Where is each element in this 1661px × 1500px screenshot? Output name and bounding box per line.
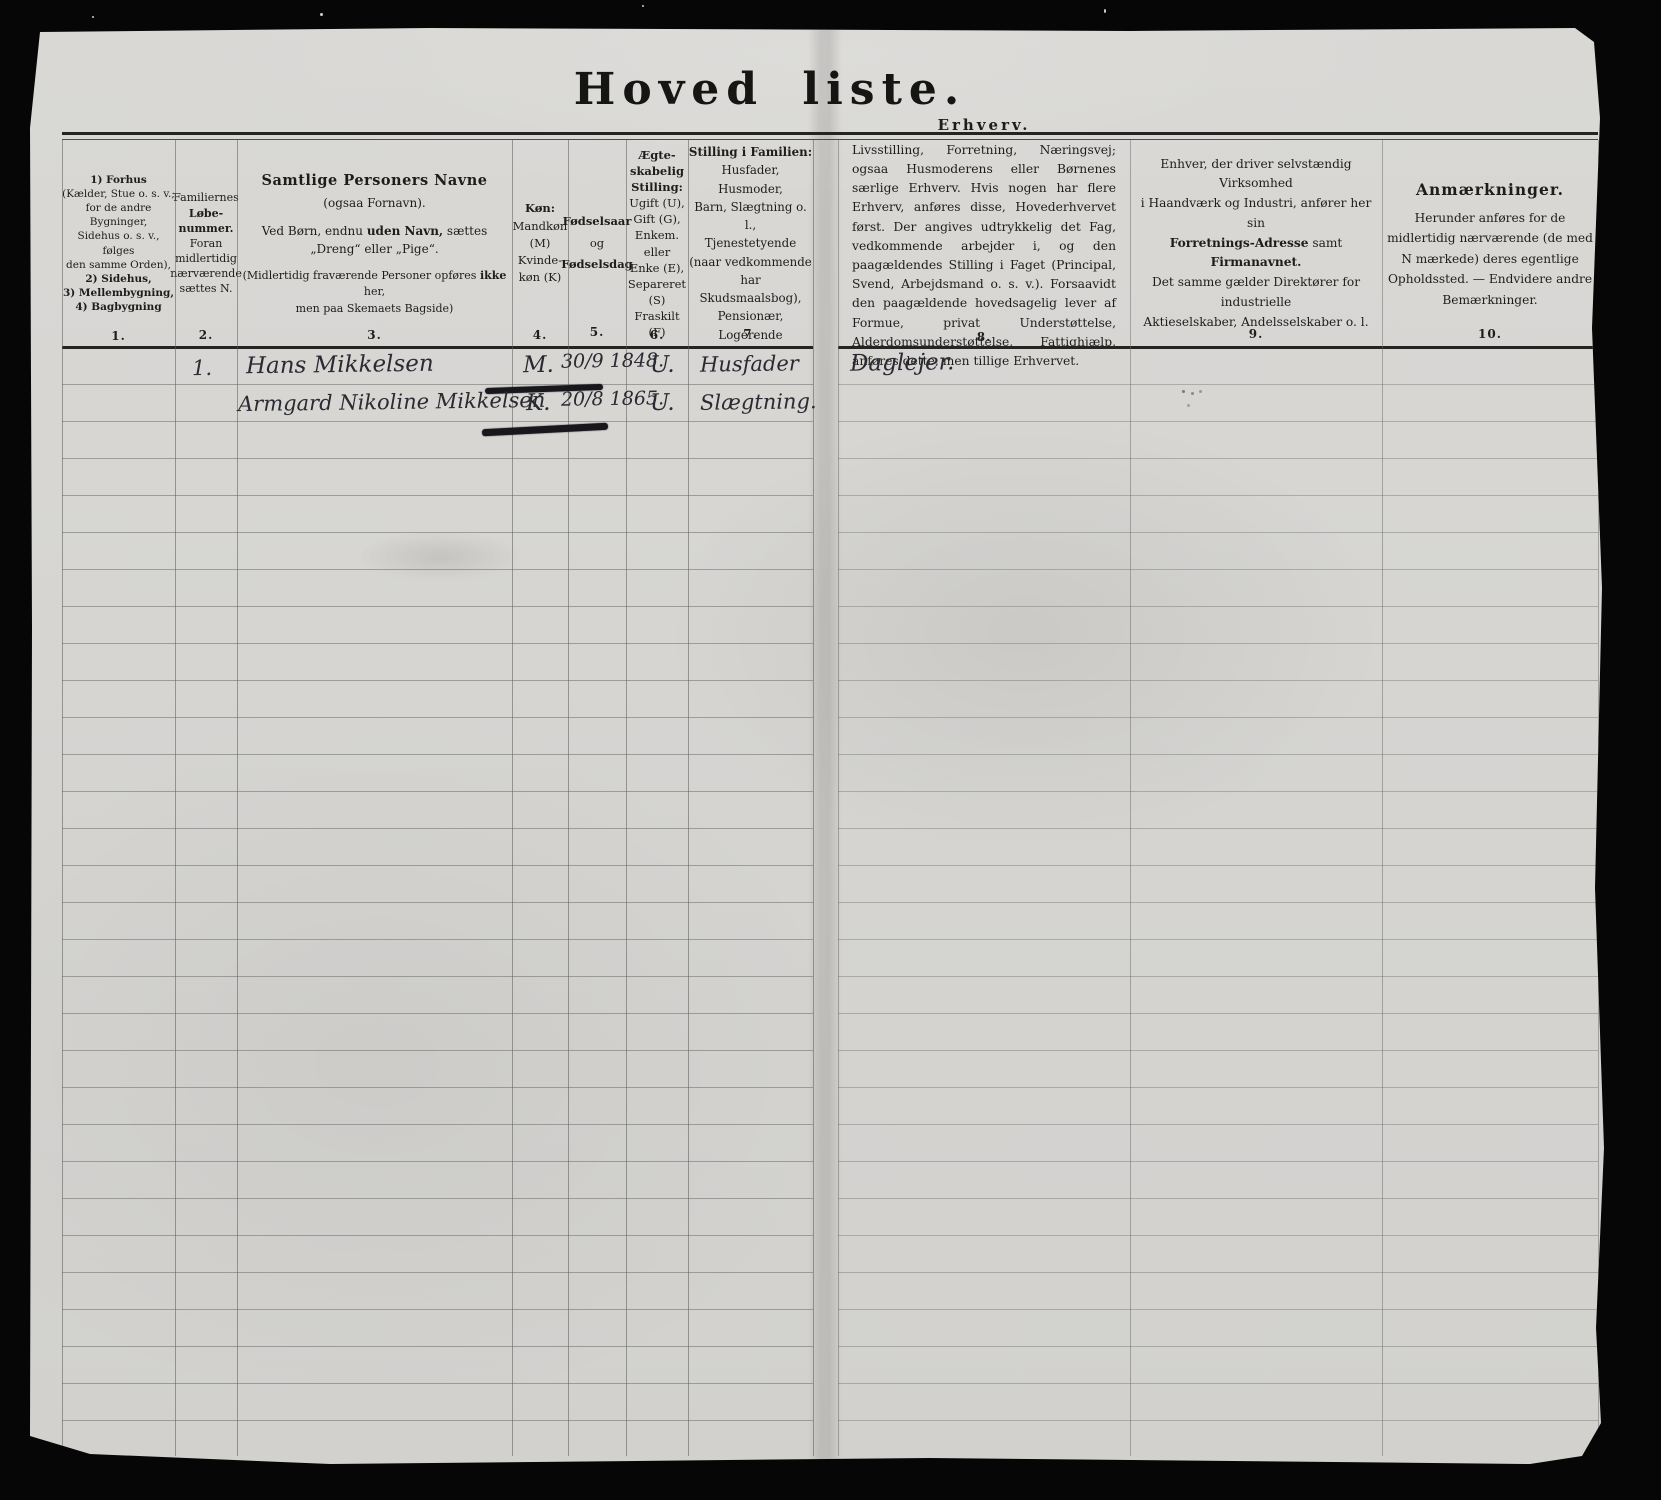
header-line: 4) Bagbygning <box>75 300 161 314</box>
header-segment: Firmanavnet. <box>1211 255 1302 269</box>
column-number: 6. <box>626 327 688 344</box>
header-line: nummer. <box>179 221 234 236</box>
header-line: Tjenestetyende <box>705 234 796 252</box>
header-segment: sættes <box>443 224 487 238</box>
header-segment: uden Navn, <box>367 224 443 238</box>
header-line: Kvinde- <box>518 252 562 269</box>
column-header-forhus: 1) Forhus (Kælder, Stue o. s. v.; for de… <box>62 140 175 347</box>
column-number: 4. <box>512 326 568 344</box>
column-header-erhverv: Erhverv. Livsstilling, Forretning, Nærin… <box>838 140 1130 347</box>
header-line: og <box>590 233 604 255</box>
register-page: Hoved liste. 1) Forhus (Kælder, Stue o. … <box>30 28 1608 1464</box>
column-divider <box>237 140 238 1456</box>
header-line: Enhver, der driver selvstændig Virksomhe… <box>1130 155 1382 195</box>
ink-dots <box>1182 390 1185 393</box>
header-line: „Dreng“ eller „Pige“. <box>310 240 438 258</box>
header-line: (naar vedkommende <box>689 253 812 271</box>
entry-stilling-i-familien: Husfader <box>700 351 799 376</box>
column-divider <box>175 140 176 1456</box>
entry-erhverv: Daglejer. <box>850 349 955 376</box>
scan-speck <box>92 16 94 18</box>
column-number: 8. <box>838 330 1130 344</box>
header-line: (S) <box>649 292 666 308</box>
header-line: den samme Orden), <box>66 258 171 272</box>
header-line: Fødselsaar <box>563 211 632 233</box>
header-line: Opholdssted. — Endvidere andre <box>1388 269 1592 290</box>
scan-speck <box>1104 9 1106 13</box>
column-divider <box>813 140 814 1456</box>
column-divider <box>1382 140 1383 1456</box>
header-line: Køn: <box>525 200 555 217</box>
header-line: Familiernes <box>173 190 238 205</box>
header-line: nærværende <box>170 266 242 281</box>
column-header-fodsel: Fødselsaar og Fødselsdag 5. <box>568 140 626 347</box>
column-header-forretningsadresse: Enhver, der driver selvstændig Virksomhe… <box>1130 140 1382 347</box>
header-segment: her, <box>364 285 385 298</box>
column-number: 3. <box>237 326 512 344</box>
header-line: Husfader, Husmoder, <box>688 161 813 198</box>
header-line: Anmærkninger. <box>1416 177 1564 203</box>
header-segment: ikke <box>480 269 506 282</box>
header-line: Herunder anføres for de <box>1415 208 1566 229</box>
header-line: midlertidig nærværende (de med <box>1387 228 1593 249</box>
header-segment: (Midlertidig fraværende Personer opføres <box>243 269 480 282</box>
header-line: Stilling i Familien: <box>689 143 812 161</box>
header-line: (Midlertidig fraværende Personer opføres… <box>237 268 512 301</box>
column-header-aegteskabelig: Ægte- skabelig Stilling: Ugift (U), Gift… <box>626 140 688 347</box>
header-line: 1) Forhus <box>90 173 147 187</box>
header-line: N mærkede) deres egentlige <box>1401 249 1579 270</box>
header-line: køn (K) <box>519 269 562 286</box>
entry-aegteskabelig-stilling: U. <box>650 390 675 416</box>
header-line: for de andre Bygninger, <box>62 201 175 229</box>
header-line: i Haandværk og Industri, anfører her sin <box>1130 194 1382 234</box>
column-divider <box>512 140 513 1456</box>
row-lines-right-page <box>838 348 1598 1422</box>
header-line: (ogsaa Fornavn). <box>323 194 425 212</box>
page-title: Hoved liste. <box>30 64 1510 115</box>
scan-speck <box>320 13 323 16</box>
scan-speck <box>642 5 644 7</box>
header-line: Ugift (U), <box>629 195 685 211</box>
column-header-navne: Samtlige Personers Navne (ogsaa Fornavn)… <box>237 140 512 347</box>
column-number: 10. <box>1382 324 1598 344</box>
header-segment: samt <box>1308 236 1342 250</box>
header-line: Sidehus o. s. v., følges <box>62 229 175 257</box>
column-header-kon: Køn: Mandkøn (M) Kvinde- køn (K) 4. <box>512 140 568 347</box>
header-line: 2) Sidehus, <box>85 272 151 286</box>
header-line: Erhverv. <box>938 116 1031 134</box>
header-line: har Skudsmaalsbog), <box>688 271 813 308</box>
header-line: Mandkøn <box>513 218 568 235</box>
entry-fodselsdato: 30/9 1848. <box>561 349 664 372</box>
header-line: midlertidig <box>175 251 237 266</box>
column-header-lobenummer: Familiernes Løbe- nummer. Foran midlerti… <box>175 140 237 347</box>
header-line: Fødselsdag <box>561 254 632 276</box>
entry-navn: Hans Mikkelsen <box>246 351 434 380</box>
header-line: (M) <box>530 235 551 252</box>
entry-kon: M. <box>523 352 554 378</box>
entry-aegteskabelig-stilling: U. <box>650 352 675 378</box>
header-line: Samtlige Personers Navne <box>261 170 487 192</box>
column-divider <box>626 140 627 1456</box>
header-line: Forretnings-Adresse samt Firmanavnet. <box>1130 234 1382 274</box>
header-segment: Forretnings-Adresse <box>1170 236 1309 250</box>
column-number: 2. <box>175 327 237 344</box>
header-line: Gift (G), <box>633 211 680 227</box>
column-header-stilling-i-familien: Stilling i Familien: Husfader, Husmoder,… <box>688 140 813 347</box>
bleedthrough-smudge <box>360 533 520 581</box>
header-line: Barn, Slægtning o. l., <box>688 198 813 235</box>
header-line: Bemærkninger. <box>1442 290 1537 311</box>
column-number: 7. <box>688 325 813 344</box>
header-line: Stilling: <box>631 179 683 195</box>
header-line: sættes N. <box>180 281 233 296</box>
header-line: skabelig <box>630 163 684 179</box>
header-line: Løbe- <box>189 206 223 221</box>
header-line: Separeret <box>628 276 686 292</box>
column-number: 1. <box>62 328 175 344</box>
scanned-census-page: { "document": { "title": "Hoved liste.",… <box>0 0 1661 1500</box>
column-divider <box>688 140 689 1456</box>
column-number: 5. <box>568 321 626 344</box>
header-line: Enke (E), <box>630 260 684 276</box>
column-divider <box>62 140 63 1456</box>
entry-stilling-i-familien: Slægtning. <box>700 389 817 415</box>
header-line: Ved Børn, endnu uden Navn, sættes <box>262 222 488 240</box>
header-line: Foran <box>190 236 223 251</box>
header-segment: Ved Børn, endnu <box>262 224 367 238</box>
entry-fodselsdato: 20/8 1865. <box>561 387 664 410</box>
header-line: men paa Skemaets Bagside) <box>296 301 454 318</box>
column-number: 9. <box>1130 325 1382 344</box>
column-header-anmaerkninger: Anmærkninger. Herunder anføres for de mi… <box>1382 140 1598 347</box>
entry-lobenummer: 1. <box>192 356 212 380</box>
header-line: Det samme gælder Direktører for industri… <box>1130 273 1382 313</box>
entry-navn: Armgard Nikoline Mikkelsen <box>238 388 546 416</box>
header-line: 3) Mellembygning, <box>63 286 174 300</box>
column-divider <box>838 140 839 1456</box>
column-divider <box>1598 140 1599 1456</box>
column-divider <box>568 140 569 1456</box>
header-line: (Kælder, Stue o. s. v.; <box>62 187 175 201</box>
entry-kon: K. <box>526 390 551 416</box>
title-rule <box>62 132 1598 140</box>
header-line: Ægte- <box>638 147 675 163</box>
header-line: Enkem. eller <box>626 227 688 259</box>
column-divider <box>1130 140 1131 1456</box>
